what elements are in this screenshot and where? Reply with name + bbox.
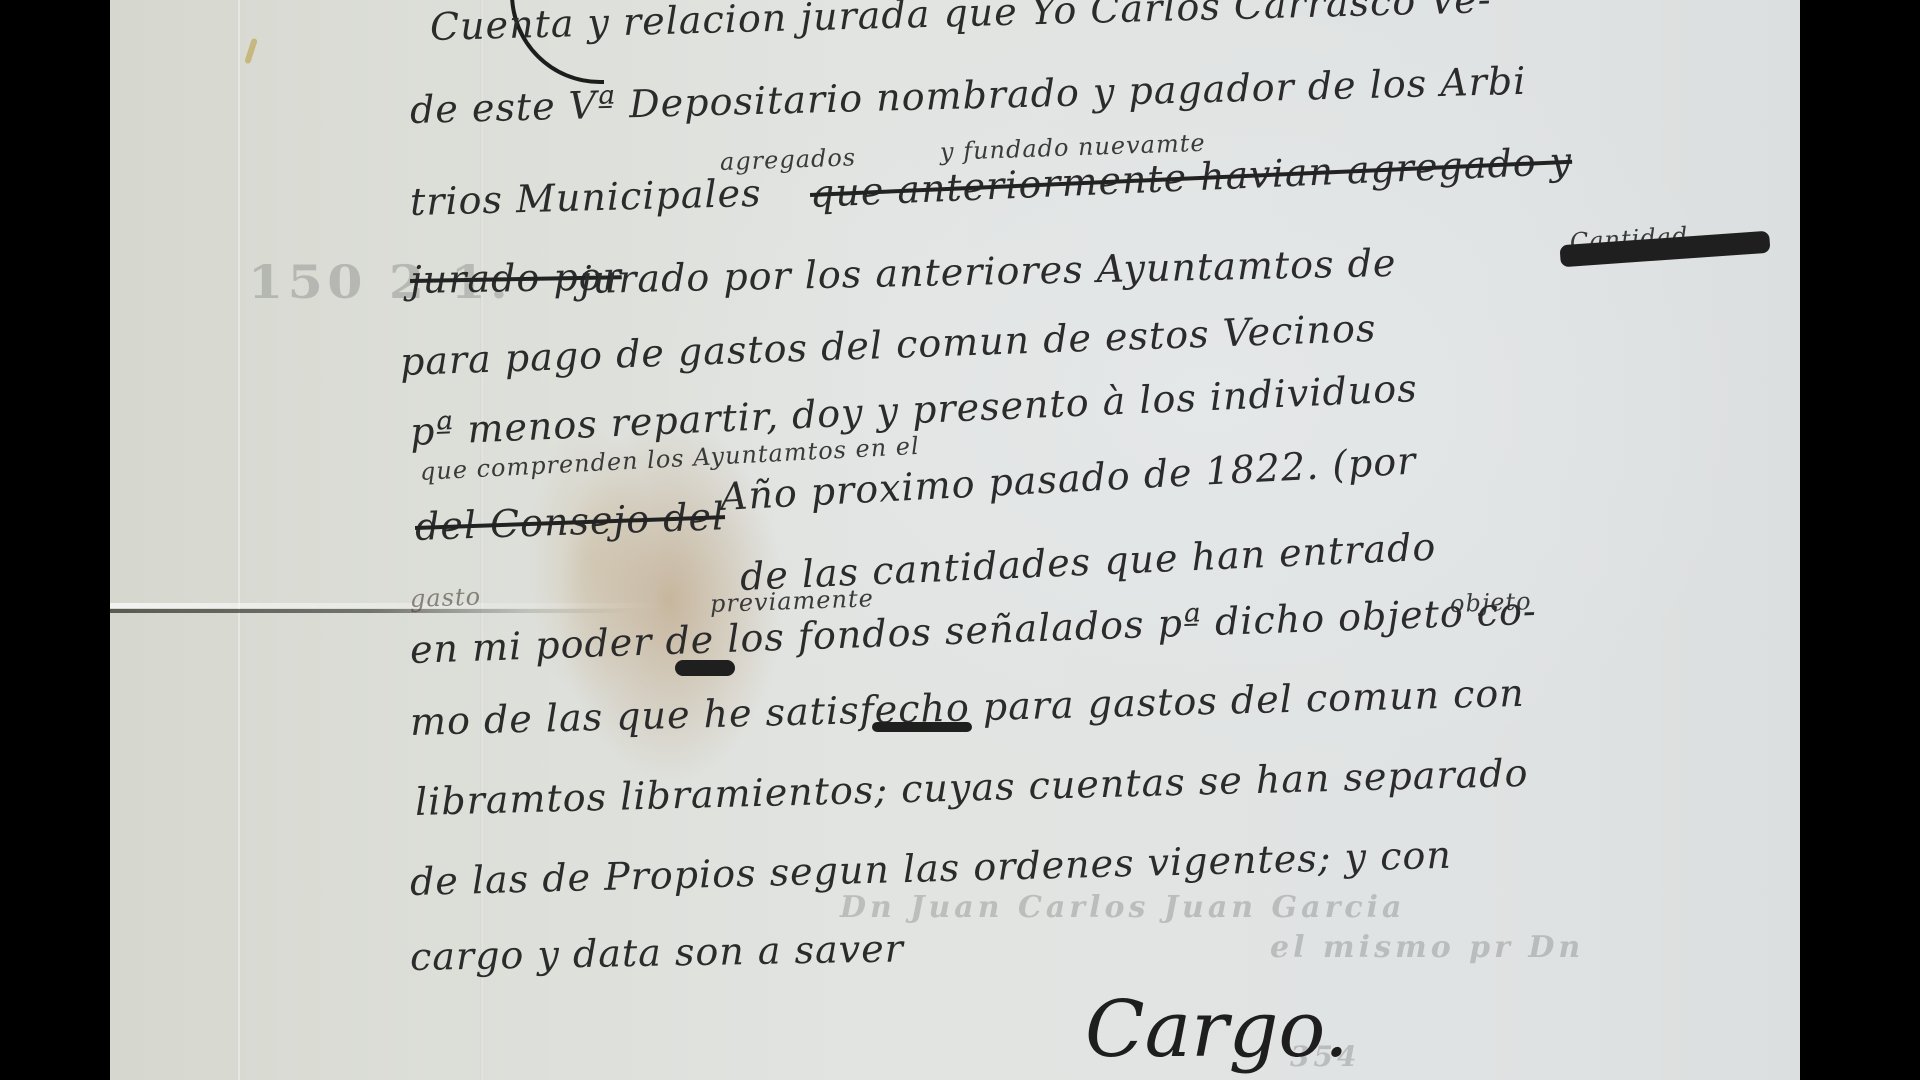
manuscript-line: mo de las que he satisfecho para gastos … (409, 671, 1525, 744)
stain-mark (244, 38, 258, 65)
manuscript-line: jurado por los anteriores Ayuntamtos de (580, 241, 1397, 302)
bleed-through-text: Dn Juan Carlos Juan Garcia (840, 890, 1406, 925)
paper-fold-highlight (110, 603, 670, 608)
paper-fold-vertical (238, 0, 240, 1080)
manuscript-line: cargo y data son a saver (410, 926, 905, 979)
struck-text: gasto (410, 583, 482, 613)
bleed-through-text: el mismo pr Dn (1270, 930, 1584, 965)
manuscript-line: para pago de gastos del comun de estos V… (399, 306, 1377, 384)
manuscript-line: Cuenta y relacion jurada que Yo Carlos C… (429, 0, 1492, 49)
manuscript-line: libramtos libramientos; cuyas cuentas se… (414, 751, 1529, 824)
struck-text: del Consejo del (414, 494, 726, 549)
manuscript-page: 150 2 1. Dn Juan Carlos Juan Garcia el m… (110, 0, 1800, 1080)
manuscript-line: trios Municipales (409, 171, 762, 224)
ink-blot-strike (872, 722, 972, 732)
section-heading: Cargo. (1085, 985, 1349, 1075)
paper-fold-horizontal (110, 609, 630, 613)
manuscript-line: en mi poder de los fondos señalados pª d… (409, 589, 1537, 672)
